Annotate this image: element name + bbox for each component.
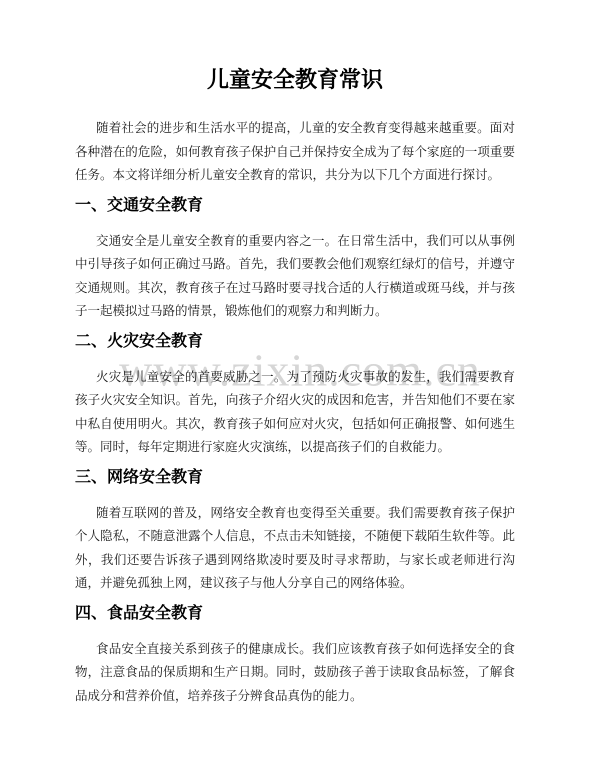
section-heading-food-safety: 四、食品安全教育 (75, 603, 515, 624)
section-heading-fire-safety: 二、火灾安全教育 (75, 331, 515, 352)
section-paragraph-traffic-safety: 交通安全是儿童安全教育的重要内容之一。在日常生活中，我们可以从事例中引导孩子如何… (75, 230, 515, 324)
section-paragraph-fire-safety: 火灾是儿童安全的首要威胁之一。为了预防火灾事故的发生，我们需要教育孩子火灾安全知… (75, 366, 515, 460)
section-paragraph-food-safety: 食品安全直接关系到孩子的健康成长。我们应该教育孩子如何选择安全的食物，注意食品的… (75, 638, 515, 709)
document-content: 儿童安全教育常识 随着社会的进步和生活水平的提高，儿童的安全教育变得越来越重要。… (0, 64, 600, 708)
section-heading-traffic-safety: 一、交通安全教育 (75, 195, 515, 216)
document-page: www.zixin.com.cn 儿童安全教育常识 随着社会的进步和生活水平的提… (0, 0, 600, 776)
section-paragraph-internet-safety: 随着互联网的普及，网络安全教育也变得至关重要。我们需要教育孩子保护个人隐私，不随… (75, 502, 515, 596)
intro-paragraph: 随着社会的进步和生活水平的提高，儿童的安全教育变得越来越重要。面对各种潜在的危险… (75, 117, 515, 188)
section-heading-internet-safety: 三、网络安全教育 (75, 467, 515, 488)
document-title: 儿童安全教育常识 (75, 64, 515, 96)
